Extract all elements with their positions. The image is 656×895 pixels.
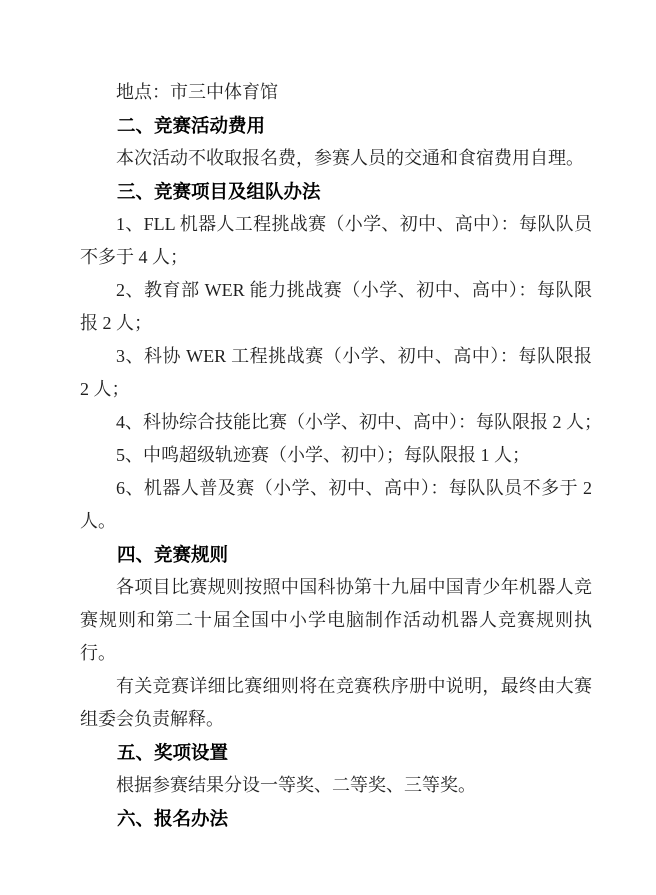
event-item-4: 4、科协综合技能比赛（小学、初中、高中）：每队限报 2 人； bbox=[80, 406, 592, 439]
event-item-6: 6、机器人普及赛（小学、初中、高中）：每队队员不多于 2 人。 bbox=[80, 472, 592, 538]
event-item-3: 3、科协 WER 工程挑战赛（小学、初中、高中）：每队限报 2 人； bbox=[80, 340, 592, 406]
awards-text: 根据参赛结果分设一等奖、二等奖、三等奖。 bbox=[80, 769, 592, 802]
heading-rules: 四、竞赛规则 bbox=[80, 538, 592, 571]
fees-text: 本次活动不收取报名费，参赛人员的交通和食宿费用自理。 bbox=[80, 142, 592, 175]
event-item-5: 5、中鸣超级轨迹赛（小学、初中）；每队限报 1 人； bbox=[80, 439, 592, 472]
rules-text-1: 各项目比赛规则按照中国科协第十九届中国青少年机器人竞赛规则和第二十届全国中小学电… bbox=[80, 571, 592, 670]
event-item-2: 2、教育部 WER 能力挑战赛（小学、初中、高中）：每队限报 2 人； bbox=[80, 274, 592, 340]
rules-text-2: 有关竞赛详细比赛细则将在竞赛秩序册中说明，最终由大赛组委会负责解释。 bbox=[80, 670, 592, 736]
document-page: 地点：市三中体育馆 二、竞赛活动费用 本次活动不收取报名费，参赛人员的交通和食宿… bbox=[80, 0, 592, 835]
heading-awards: 五、奖项设置 bbox=[80, 736, 592, 769]
heading-events: 三、竞赛项目及组队办法 bbox=[80, 175, 592, 208]
heading-fees: 二、竞赛活动费用 bbox=[80, 109, 592, 142]
event-item-1: 1、FLL 机器人工程挑战赛（小学、初中、高中）：每队队员不多于 4 人； bbox=[80, 208, 592, 274]
location-line: 地点：市三中体育馆 bbox=[80, 76, 592, 109]
heading-registration: 六、报名办法 bbox=[80, 802, 592, 835]
